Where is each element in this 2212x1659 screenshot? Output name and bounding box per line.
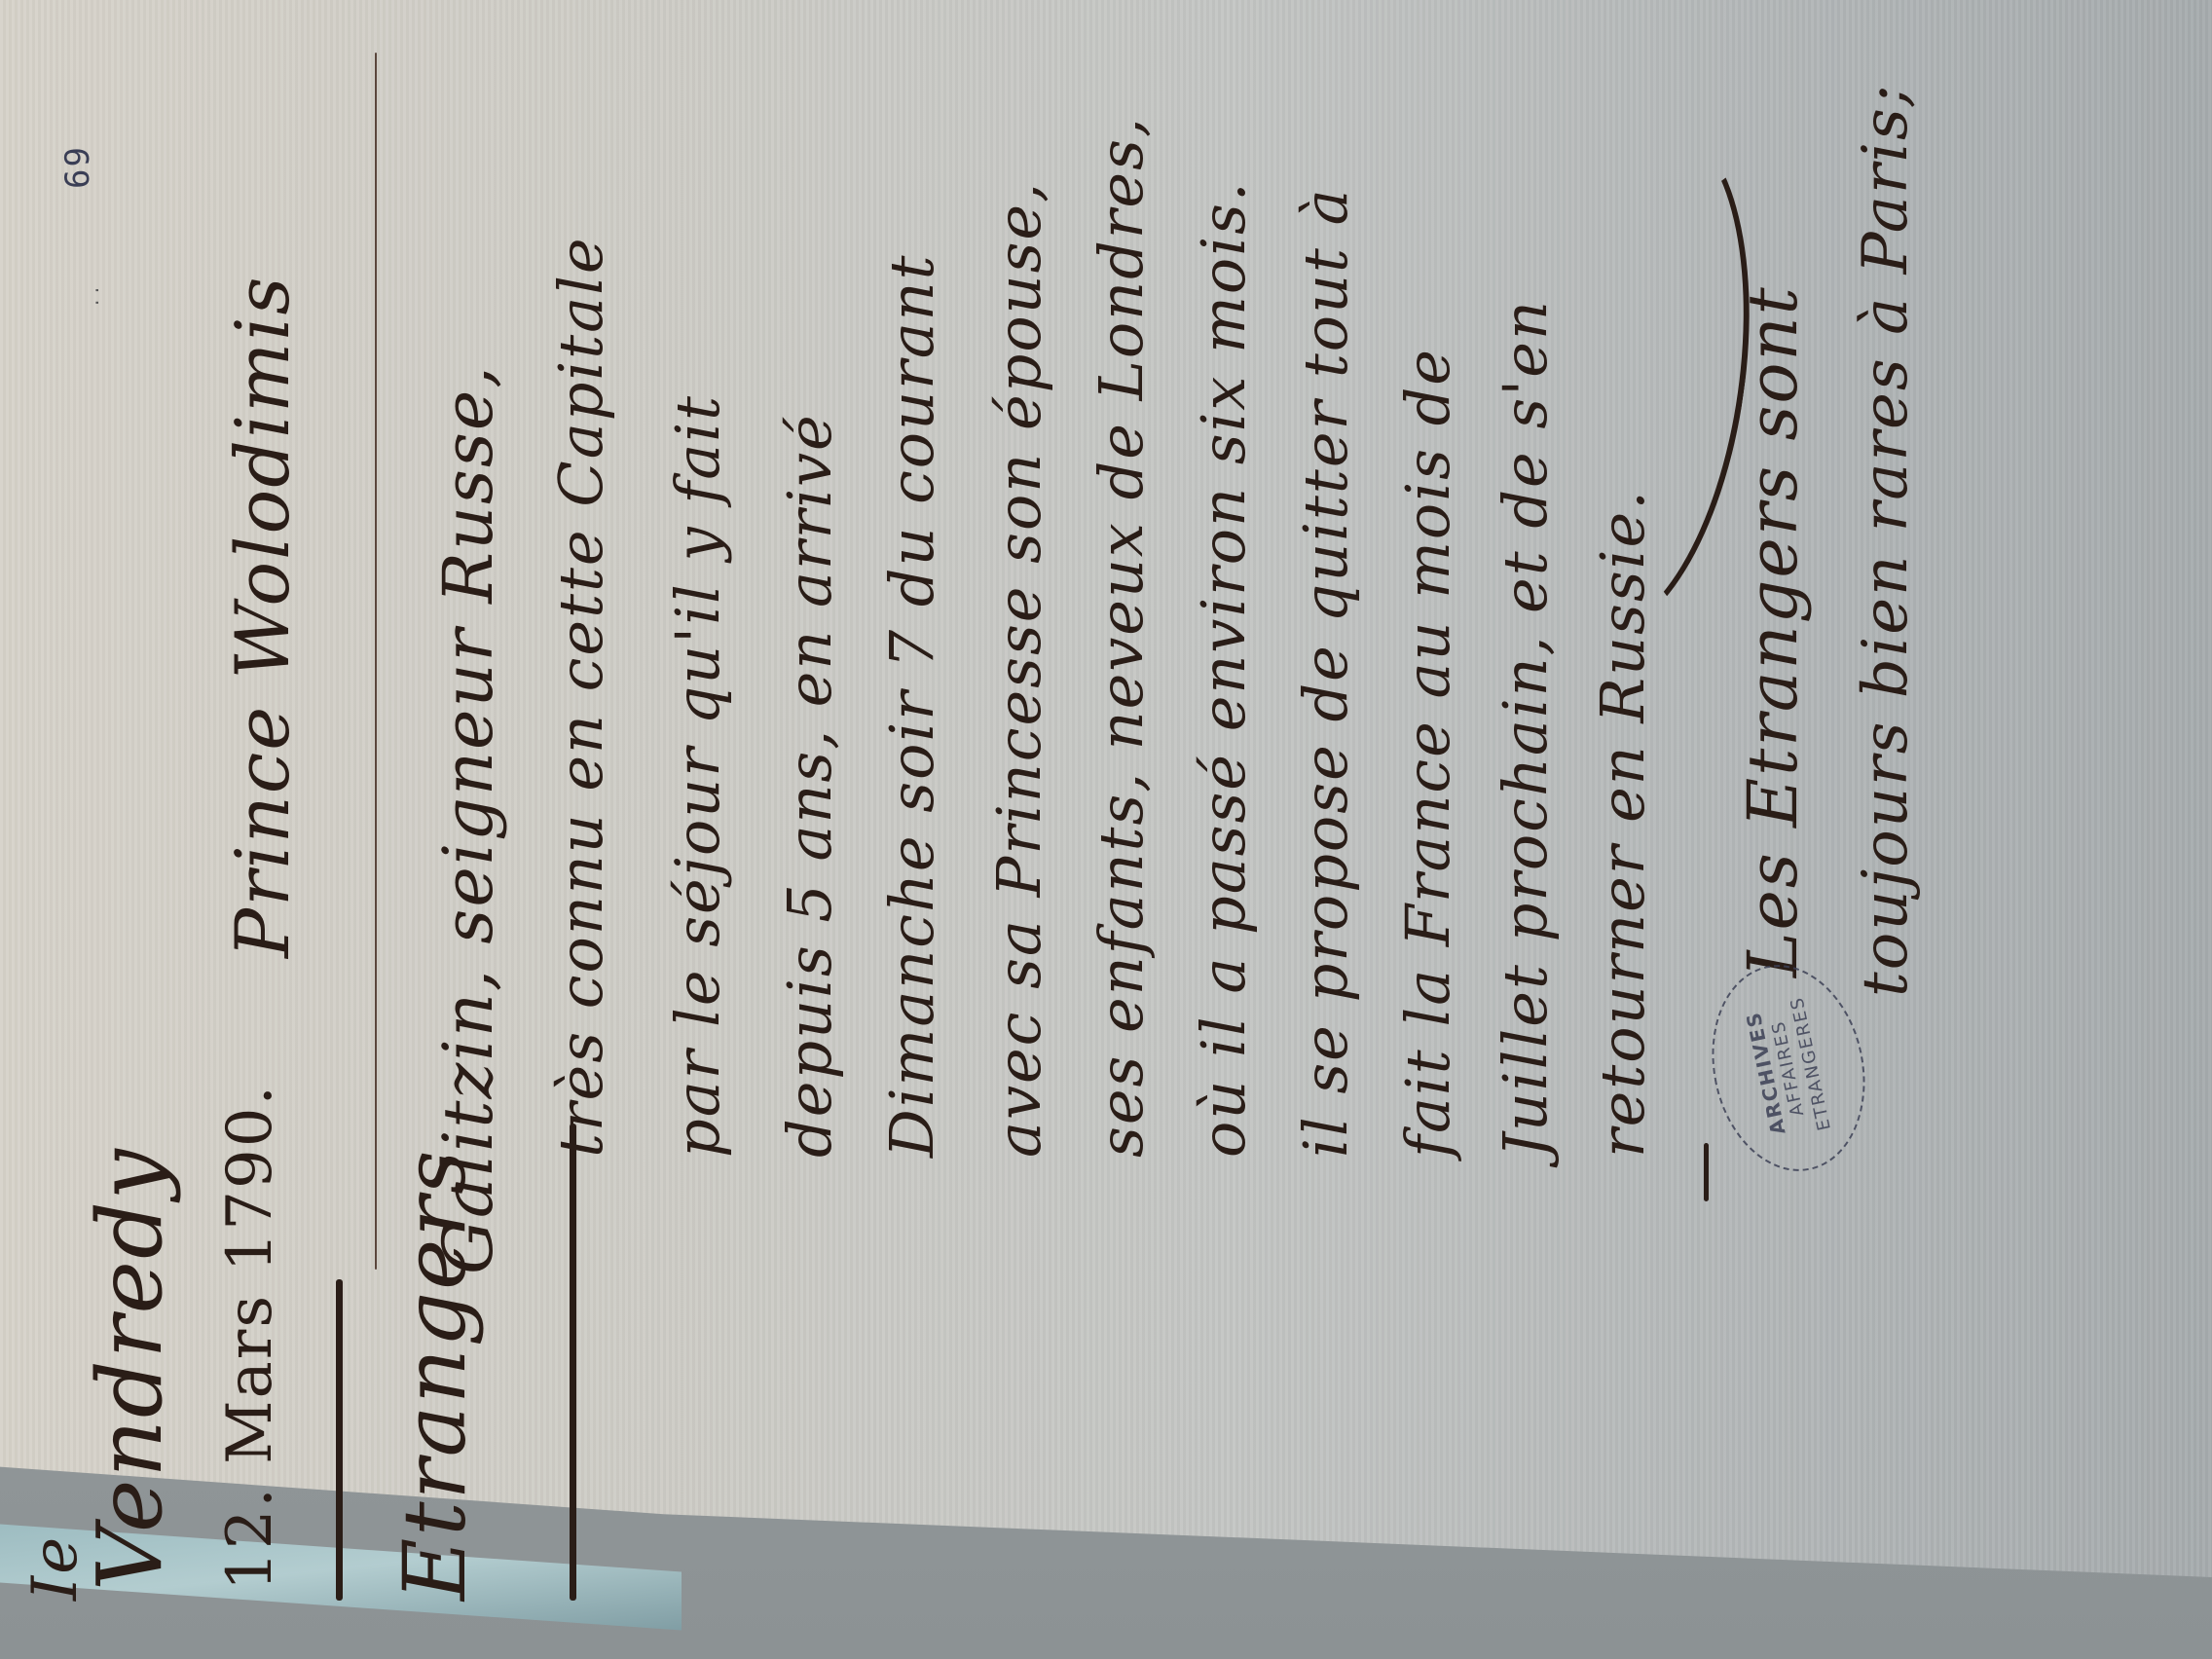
subject-heading: Prince Wolodimis [219, 275, 306, 958]
closing-line: Les Etrangers sont [1733, 285, 1813, 977]
body-line: il se propose de quitter tout à [1290, 187, 1361, 1158]
body-line: avec sa Princesse son épouse, [983, 181, 1054, 1158]
date-line: 12. Mars 1790. [214, 1084, 286, 1591]
subject-rule [375, 53, 377, 1270]
body-line: Dimanche soir 7 du courant [876, 253, 947, 1158]
folio-number: 69 [58, 145, 97, 189]
paragraph-dash [1704, 1143, 1709, 1201]
body-line: par le séjour qu'il y fait [662, 394, 733, 1158]
header-rule [336, 1279, 343, 1601]
body-line: depuis 5 ans, en arrivé [774, 413, 845, 1158]
body-line: ses enfants, neveux de Londres, [1086, 116, 1157, 1158]
body-line: Galitzin, seigneur Russe, [428, 364, 508, 1274]
body-line: très connu en cette Capitale [545, 236, 616, 1158]
day-heading: Vendredy [78, 1147, 182, 1591]
body-line: où il a passé environ six mois. [1188, 180, 1259, 1158]
folio-dots: . . [80, 287, 103, 306]
closing-line: toujours bien rares à Paris; [1850, 84, 1922, 997]
rotated-manuscript: . . 69 Ie Vendredy 12. Mars 1790. Prince… [0, 0, 2212, 1659]
body-line: fait la France au mois de [1392, 348, 1463, 1158]
section-rule [570, 1124, 576, 1601]
